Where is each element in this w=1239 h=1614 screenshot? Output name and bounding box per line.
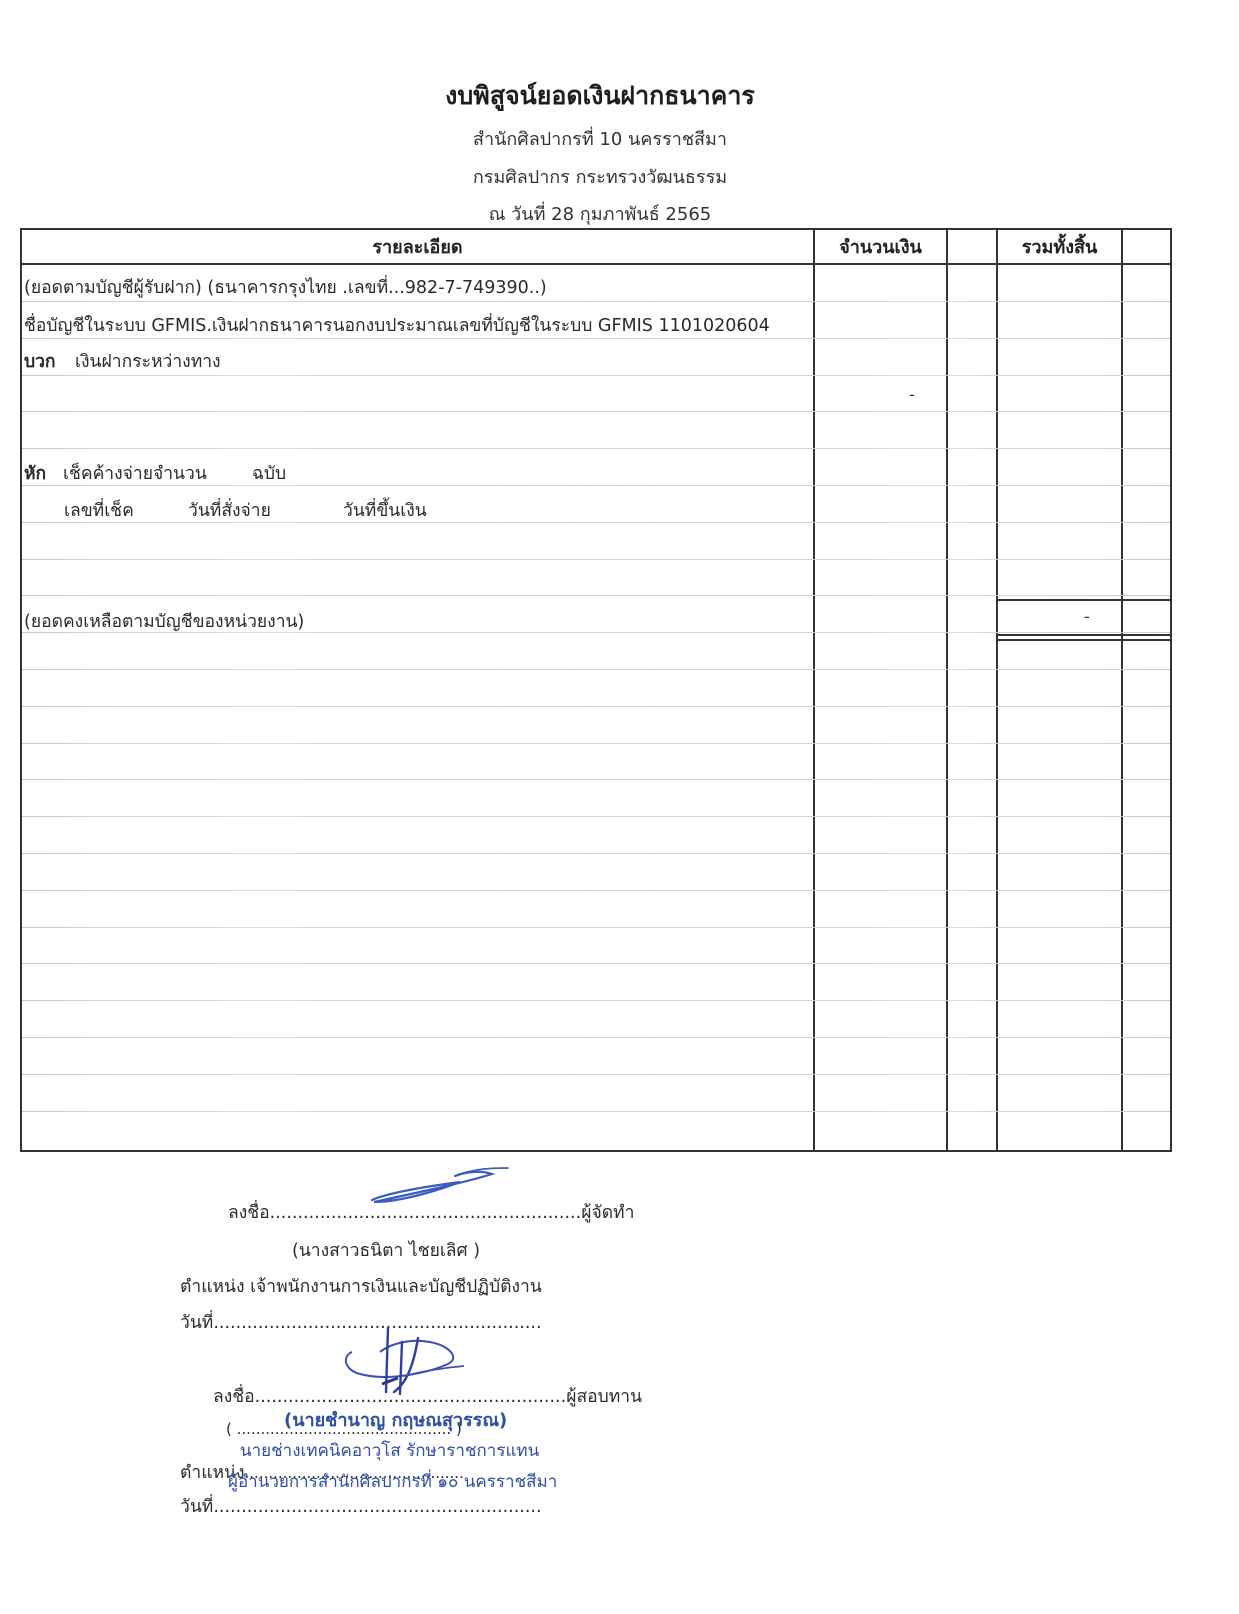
ruled-line (22, 779, 1170, 780)
agency-balance-row: (ยอดคงเหลือตามบัญชีของหน่วยงาน) (24, 607, 304, 635)
check-unit: ฉบับ (252, 459, 286, 487)
cash-date-label: วันที่ขึ้นเงิน (343, 496, 427, 524)
column-divider (946, 228, 948, 1152)
column-divider (1121, 228, 1123, 1152)
order-date-label: วันที่สั่งจ่าย (188, 496, 271, 524)
check-number-label: เลขที่เช็ค (64, 496, 134, 524)
reviewer-position-stamp-2: ผู้อำนวยการสำนักศิลปากรที่ ๑๐ นครราชสีมา (228, 1468, 557, 1495)
less-label: หัก (24, 459, 46, 487)
office-name: สำนักศิลปากรที่ 10 นครราชสีมา (0, 124, 1200, 153)
statement-date: ณ วันที่ 28 กุมภาพันธ์ 2565 (0, 199, 1200, 228)
agency-total-amount: - (1084, 607, 1090, 626)
total-box-double-underline (997, 639, 1172, 641)
ruled-line (22, 559, 1170, 560)
column-divider (996, 228, 998, 1152)
preparer-signature (370, 1166, 510, 1206)
ruled-line (22, 411, 1170, 412)
column-header-details: รายละเอียด (22, 232, 813, 261)
column-header-amount: จำนวนเงิน (815, 232, 946, 261)
ruled-line (22, 963, 1170, 964)
ruled-line (22, 1037, 1170, 1038)
column-header-total: รวมทั้งสิ้น (998, 232, 1121, 261)
ruled-line (22, 375, 1170, 376)
ruled-line (22, 927, 1170, 928)
ruled-line (22, 448, 1170, 449)
bank-balance-row: (ยอดตามบัญชีผู้รับฝาก) (ธนาคารกรุงไทย .เ… (24, 273, 547, 301)
ruled-line (22, 816, 1170, 817)
ruled-line (22, 1111, 1170, 1112)
document-title: งบพิสูจน์ยอดเงินฝากธนาคาร (0, 76, 1200, 116)
add-amount: - (909, 385, 915, 404)
ruled-line (22, 595, 1170, 596)
add-deposits-in-transit: เงินฝากระหว่างทาง (75, 347, 221, 375)
preparer-position: ตำแหน่ง เจ้าพนักงานการเงินและบัญชีปฏิบัต… (180, 1272, 542, 1300)
ruled-line (22, 669, 1170, 670)
ruled-line (22, 890, 1170, 891)
reviewer-date: วันที่..................................… (180, 1492, 542, 1520)
header-divider (20, 263, 1172, 265)
department-name: กรมศิลปากร กระทรวงวัฒนธรรม (0, 162, 1200, 191)
reviewer-name-blank: ( ......................................… (226, 1420, 462, 1438)
ruled-line (22, 706, 1170, 707)
column-divider (813, 228, 815, 1152)
total-box-underline (997, 634, 1172, 636)
total-box-top (997, 599, 1172, 601)
ruled-line (22, 853, 1170, 854)
ruled-line (22, 743, 1170, 744)
ruled-line (22, 301, 1170, 302)
gfmis-account-row: ชื่อบัญชีในระบบ GFMIS.เงินฝากธนาคารนอกงบ… (24, 311, 770, 339)
ruled-line (22, 1074, 1170, 1075)
outstanding-checks: เช็คค้างจ่ายจำนวน (63, 459, 207, 487)
preparer-name: (นางสาวธนิตา ไชยเลิศ ) (292, 1236, 480, 1264)
add-label: บวก (24, 347, 56, 375)
ruled-line (22, 1000, 1170, 1001)
